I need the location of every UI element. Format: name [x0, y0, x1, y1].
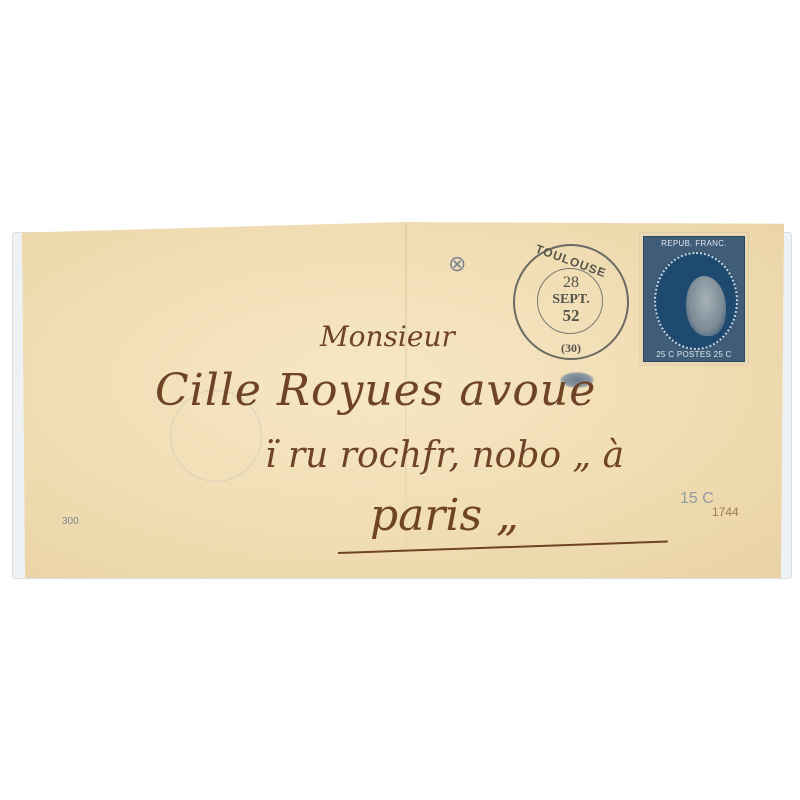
pencil-mark-right-small: 1744	[712, 505, 739, 519]
pencil-mark-top: ⊗	[448, 251, 466, 277]
stamp-top-text: REPUB. FRANC.	[644, 237, 744, 250]
address-line-3: ï ru rochfr, nobo „ à	[265, 435, 624, 476]
pencil-mark-right: 15 C	[680, 490, 714, 508]
address-line-1: Monsieur	[320, 320, 455, 353]
address-line-2: Cille Royues avoue	[155, 365, 596, 416]
stamp-portrait-oval	[654, 252, 738, 350]
postage-stamp: REPUB. FRANC. 25 C POSTES 25 C	[640, 233, 748, 365]
postmark-department: (30)	[515, 341, 627, 356]
stamp-value-text: 25 C POSTES 25 C	[644, 348, 744, 361]
ceres-head-icon	[686, 276, 726, 336]
address-line-4: paris „	[370, 490, 519, 541]
pencil-mark-left: 300	[62, 516, 79, 527]
postmark-day: 28	[515, 274, 627, 292]
postmark: TOULOUSE 28 SEPT. 52 (30)	[513, 244, 629, 360]
postmark-year: 52	[515, 306, 627, 326]
